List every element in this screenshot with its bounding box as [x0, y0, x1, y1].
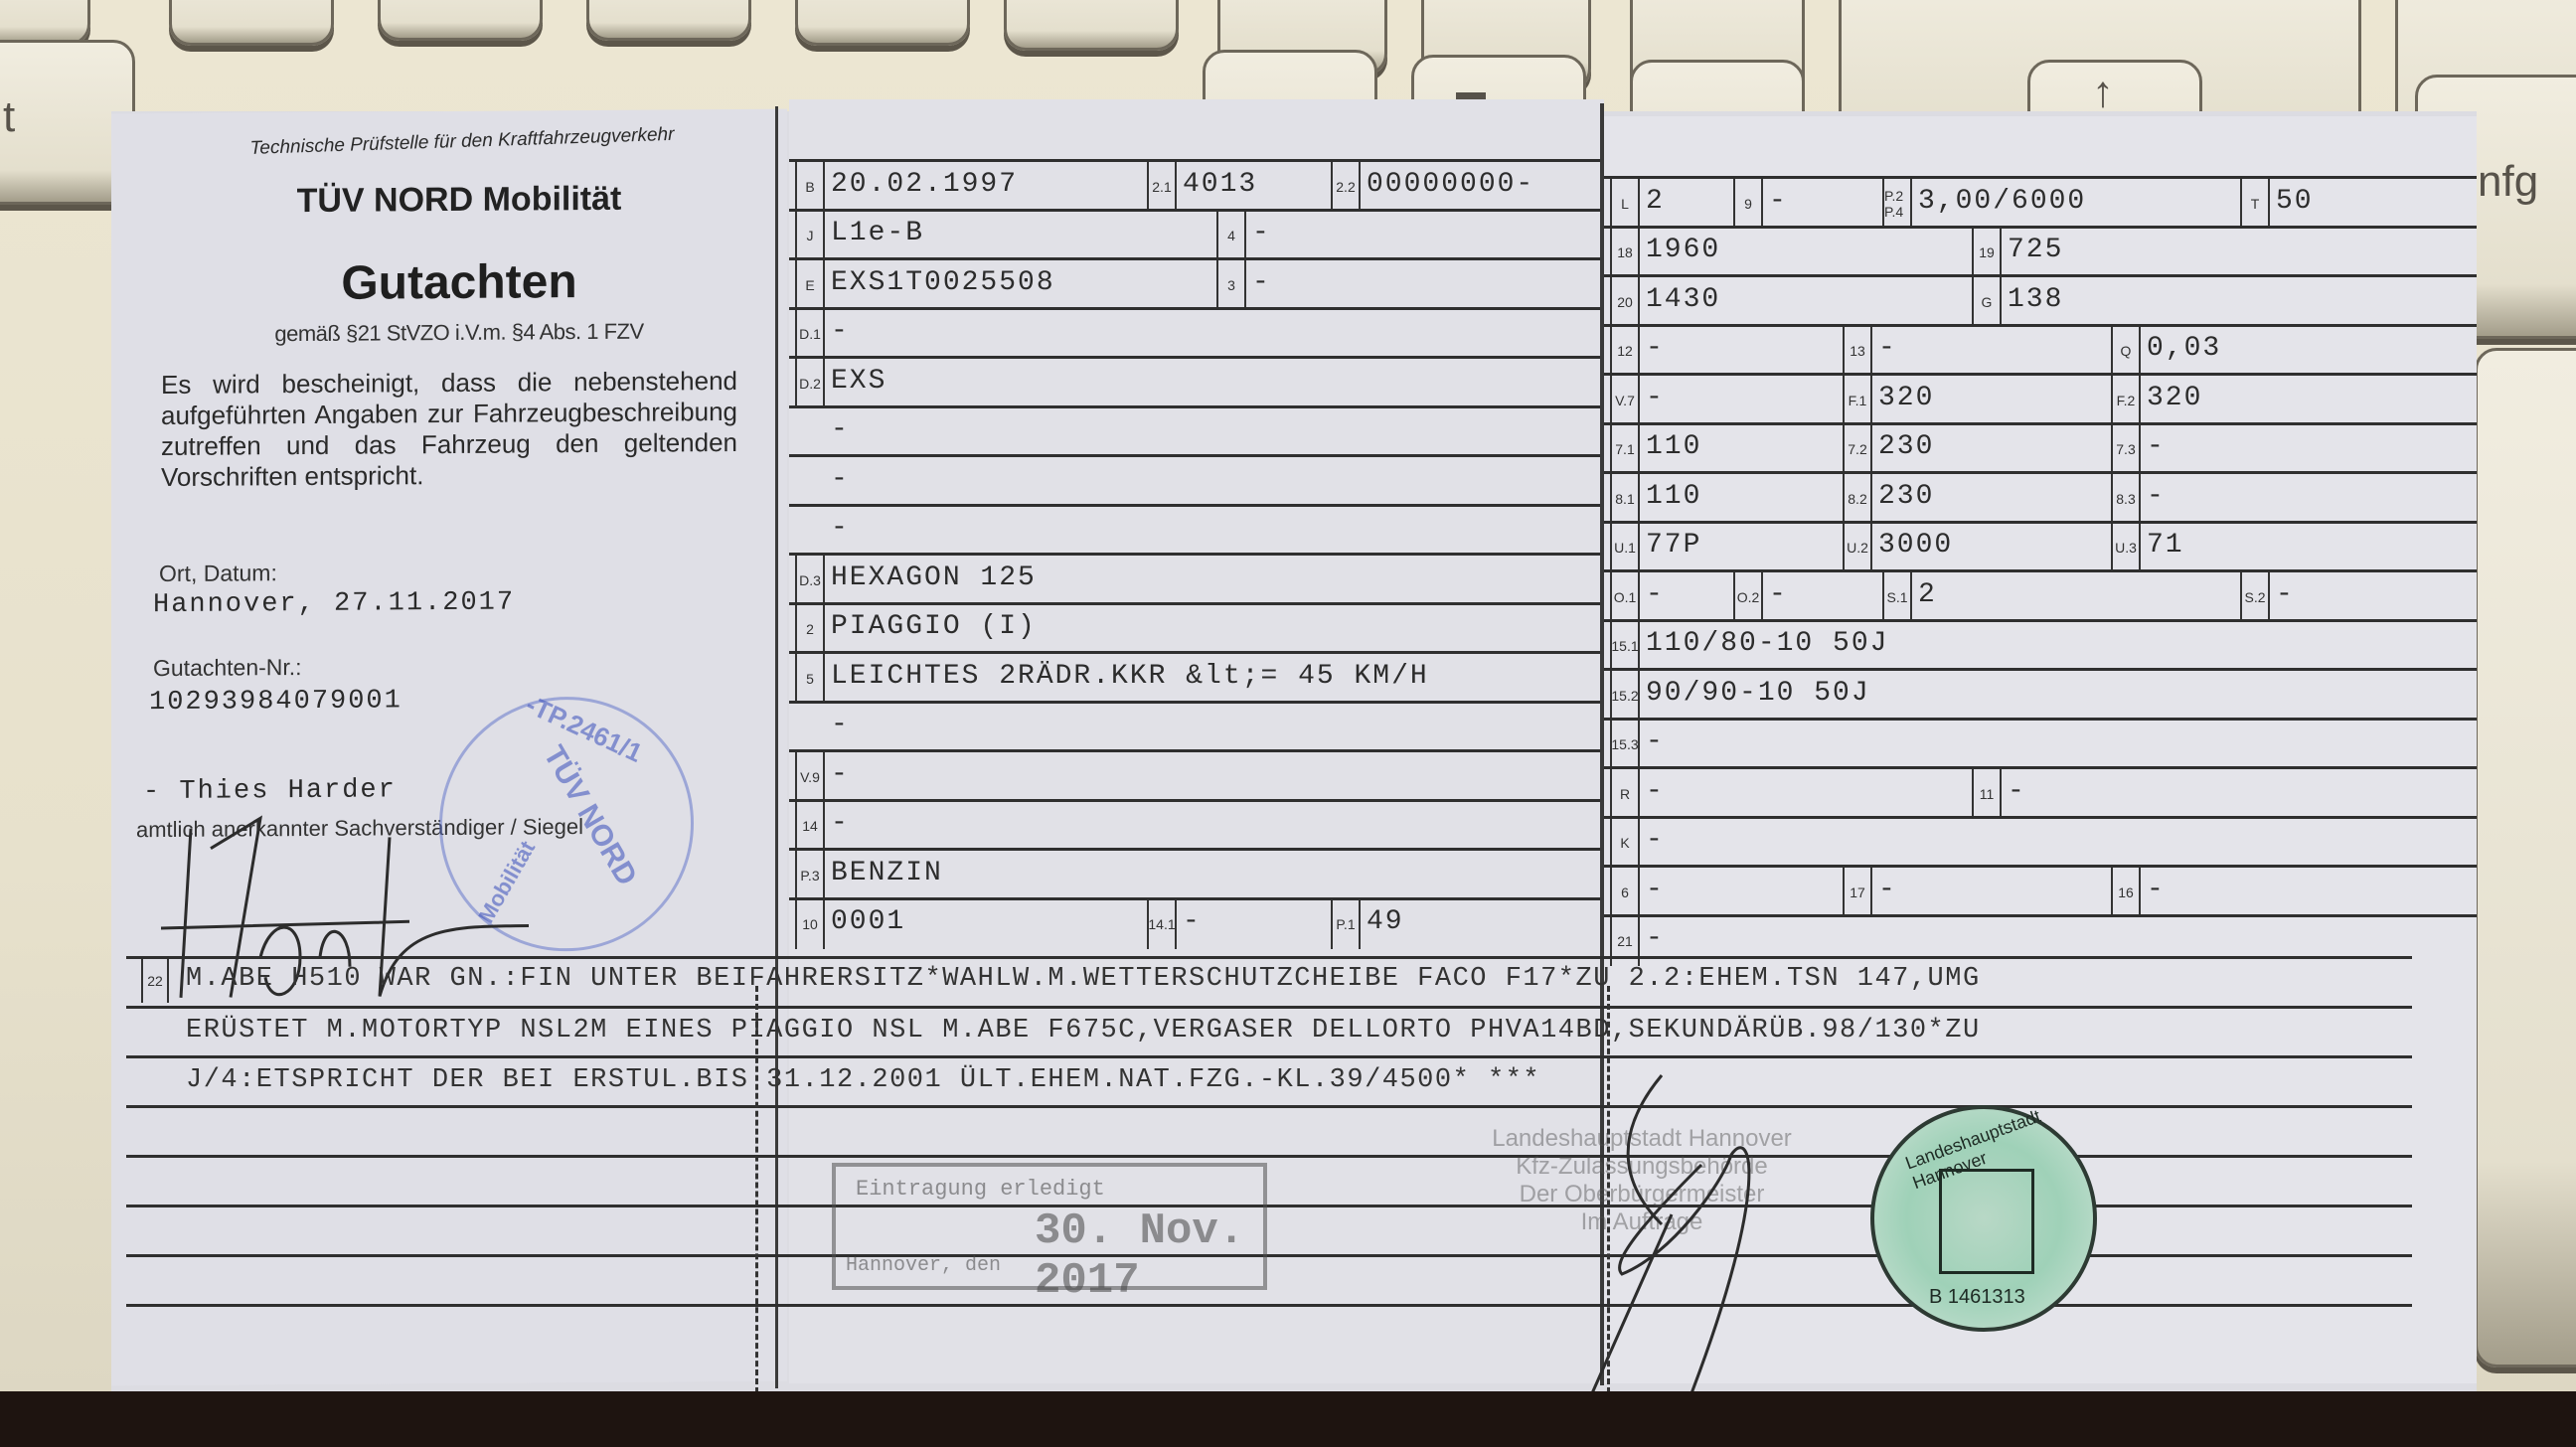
field-code: U.3	[2111, 524, 2141, 573]
keyboard-key	[795, 0, 970, 46]
form-row: D.1-	[789, 307, 1604, 360]
form-row: 15.290/90-10 50J	[1604, 668, 2477, 721]
field-code: 2.2	[1331, 162, 1361, 212]
field-code: 9	[1733, 179, 1763, 229]
form-row: P.3BENZIN	[789, 848, 1604, 900]
form-row: 14-	[789, 799, 1604, 852]
field-value: 320	[1878, 383, 1934, 413]
key-label: nfg	[2478, 157, 2538, 207]
report-number-label: Gutachten-Nr.:	[153, 654, 302, 682]
field-code: 2	[795, 605, 825, 655]
date-stamp-date: 30. Nov. 2017	[1035, 1206, 1263, 1306]
field-code: S.2	[2240, 572, 2270, 622]
form-row: U.177PU.23000U.371	[1604, 521, 2477, 573]
field-code: U.2	[1843, 524, 1872, 573]
field-value: 0001	[831, 906, 905, 937]
brand-name: TÜV NORD Mobilität	[181, 179, 737, 222]
field-code: U.1	[1610, 524, 1640, 573]
field-value: -	[2147, 875, 2166, 905]
field-value: HEXAGON 125	[831, 563, 1037, 593]
field-code: 10	[795, 900, 825, 950]
form-row: 5LEICHTES 2RÄDR.KKR &lt;= 45 KM/H	[789, 651, 1604, 704]
field-value: -	[1878, 333, 1897, 364]
field-value: -	[1646, 333, 1665, 364]
field-value: -	[831, 808, 850, 839]
field-code: T	[2240, 179, 2270, 229]
field-value: -	[831, 464, 850, 495]
field-value: -	[1646, 825, 1665, 856]
field-code: V.9	[795, 752, 825, 802]
report-number-value: 10293984079001	[149, 686, 402, 718]
field-code: G	[1972, 277, 2002, 327]
field-code: O.1	[1610, 572, 1640, 622]
form-row: JL1e-B4-	[789, 209, 1604, 261]
issuer-line: Technische Prüfstelle für den Kraftfahrz…	[204, 122, 721, 161]
form-row: R-11-	[1604, 766, 2477, 819]
city-coat-of-arms-icon	[1939, 1169, 2034, 1274]
city-seal-stamp: Landeshauptstadt Hannover B 1461313	[1870, 1105, 2097, 1332]
field-value: -	[2147, 481, 2166, 512]
field-value: 110/80-10 50J	[1646, 628, 1888, 659]
form-row: 2PIAGGIO (I)	[789, 602, 1604, 655]
form-row: B20.02.19972.140132.200000000-	[789, 159, 1604, 212]
form-row: D.3HEXAGON 125	[789, 553, 1604, 605]
remarks-code: 22	[141, 959, 169, 1003]
field-value: -	[1183, 906, 1202, 937]
field-code: 8.3	[2111, 474, 2141, 524]
field-code: O.2	[1733, 572, 1763, 622]
field-code: R	[1610, 769, 1640, 819]
field-value: 90/90-10 50J	[1646, 678, 1870, 709]
field-value: -	[1252, 218, 1271, 248]
field-value: 725	[2008, 235, 2063, 265]
field-value: 4013	[1183, 169, 1257, 200]
field-code: 7.1	[1610, 425, 1640, 475]
field-value: 1960	[1646, 235, 1720, 265]
form-row: -	[789, 701, 1604, 753]
field-code: 14.1	[1147, 900, 1177, 950]
field-code: 13	[1843, 327, 1872, 377]
arrow-up-icon: ↑	[2092, 68, 2114, 117]
form-row: -	[789, 504, 1604, 557]
field-value: 77P	[1646, 530, 1701, 561]
field-code: 17	[1843, 868, 1872, 917]
field-code: V.7	[1610, 376, 1640, 425]
field-code: 7.2	[1843, 425, 1872, 475]
field-code: D.1	[795, 310, 825, 360]
keyboard-key	[586, 0, 751, 41]
field-value: 0,03	[2147, 333, 2221, 364]
field-value: 230	[1878, 481, 1934, 512]
form-row: 7.11107.22307.3-	[1604, 422, 2477, 475]
city-seal-number: B 1461313	[1929, 1286, 2025, 1309]
field-value: -	[2276, 579, 2295, 610]
field-value: 230	[1878, 431, 1934, 462]
field-code: 18	[1610, 229, 1640, 278]
keyboard-key	[378, 0, 543, 41]
fold-line-dashed	[1607, 986, 1610, 1393]
keyboard-key	[169, 0, 334, 46]
field-value: -	[2147, 431, 2166, 462]
field-code: K	[1610, 819, 1640, 869]
form-row: 6-17-16-	[1604, 865, 2477, 917]
field-value: -	[1878, 875, 1897, 905]
field-value: -	[1769, 186, 1788, 217]
keyboard-key	[1004, 0, 1179, 51]
place-date-label: Ort, Datum:	[159, 560, 277, 587]
field-value: 110	[1646, 481, 1701, 512]
field-code: F.1	[1843, 376, 1872, 425]
field-value: EXS1T0025508	[831, 267, 1055, 298]
field-code: D.2	[795, 359, 825, 408]
form-row: 8.11108.22308.3-	[1604, 471, 2477, 524]
field-code: P.1	[1331, 900, 1361, 950]
field-value: 110	[1646, 431, 1701, 462]
field-code: 16	[2111, 868, 2141, 917]
field-value: 1430	[1646, 284, 1720, 315]
form-row: L29-P.2 P.43,00/6000T50	[1604, 176, 2477, 229]
date-stamp-line1: Eintragung erledigt	[856, 1177, 1105, 1202]
desk-surface	[0, 1391, 2576, 1447]
remarks-line-2: ERÜSTET M.MOTORTYP NSL2M EINES PIAGGIO N…	[186, 1016, 1981, 1045]
form-row: 201430G138	[1604, 274, 2477, 327]
form-row: -	[789, 405, 1604, 458]
inspector-name: - Thies Harder	[143, 775, 397, 807]
form-row: V.9-	[789, 749, 1604, 802]
field-value: 3,00/6000	[1918, 186, 2086, 217]
field-value: EXS	[831, 366, 886, 397]
field-value: 138	[2008, 284, 2063, 315]
official-signature	[1552, 1065, 1851, 1403]
field-value: -	[831, 414, 850, 445]
field-value: -	[1646, 726, 1665, 757]
field-code: P.3	[795, 851, 825, 900]
field-code: E	[795, 260, 825, 310]
form-row: O.1-O.2-S.12S.2-	[1604, 569, 2477, 622]
form-row: 12-13-Q0,03	[1604, 324, 2477, 377]
field-code: 2.1	[1147, 162, 1177, 212]
field-value: PIAGGIO (I)	[831, 611, 1037, 642]
registration-date-stamp: Eintragung erledigt 30. Nov. 2017 Hannov…	[832, 1163, 1267, 1290]
field-code: P.2 P.4	[1882, 179, 1912, 229]
field-code: L	[1610, 179, 1640, 229]
form-row: V.7-F.1320F.2320	[1604, 373, 2477, 425]
field-code: 19	[1972, 229, 2002, 278]
field-code: 11	[1972, 769, 2002, 819]
field-value: -	[1646, 383, 1665, 413]
field-value: -	[831, 759, 850, 790]
field-code: 3	[1216, 260, 1246, 310]
field-code: 5	[795, 654, 825, 704]
remarks-line-1: M.ABE H510 WAR GN.:FIN UNTER BEIFAHRERSI…	[186, 964, 1981, 994]
remarks-line-3: J/4:ETSPRICHT DER BEI ERSTUL.BIS 31.12.2…	[186, 1065, 1540, 1095]
field-code: 12	[1610, 327, 1640, 377]
field-value: 71	[2147, 530, 2184, 561]
field-value: 2	[1646, 186, 1665, 217]
form-row: 15.1110/80-10 50J	[1604, 619, 2477, 672]
field-code: 15.1	[1610, 622, 1640, 672]
field-value: BENZIN	[831, 858, 943, 888]
field-value: -	[831, 316, 850, 347]
key-label: t	[3, 92, 15, 142]
field-code: D.3	[795, 556, 825, 605]
form-row: D.2EXS	[789, 356, 1604, 408]
field-code: S.1	[1882, 572, 1912, 622]
field-value: -	[1646, 875, 1665, 905]
field-value: -	[831, 513, 850, 544]
field-code: Q	[2111, 327, 2141, 377]
field-value: -	[831, 710, 850, 740]
field-code: J	[795, 212, 825, 261]
field-value: -	[1646, 776, 1665, 807]
field-code: 14	[795, 802, 825, 852]
field-code: 8.2	[1843, 474, 1872, 524]
field-code: 4	[1216, 212, 1246, 261]
form-row: 15.3-	[1604, 718, 2477, 770]
fold-line-dashed	[755, 986, 758, 1393]
field-code: 15.2	[1610, 671, 1640, 721]
certification-text: Es wird bescheinigt, dass die nebenstehe…	[161, 366, 737, 493]
field-value: -	[1769, 579, 1788, 610]
date-stamp-place: Hannover, den	[846, 1254, 1001, 1277]
field-value: L1e-B	[831, 218, 924, 248]
field-value: 320	[2147, 383, 2202, 413]
field-value: 20.02.1997	[831, 169, 1018, 200]
field-value: LEICHTES 2RÄDR.KKR &lt;= 45 KM/H	[831, 661, 1429, 692]
field-value: 50	[2276, 186, 2314, 217]
field-code: 15.3	[1610, 721, 1640, 770]
place-date-value: Hannover, 27.11.2017	[153, 588, 515, 621]
field-value: -	[1646, 923, 1665, 954]
field-value: -	[1252, 267, 1271, 298]
legal-basis: gemäß §21 StVZO i.V.m. §4 Abs. 1 FZV	[181, 318, 737, 348]
field-value: 3000	[1878, 530, 1953, 561]
field-value: -	[2008, 776, 2026, 807]
field-code: 20	[1610, 277, 1640, 327]
field-code: F.2	[2111, 376, 2141, 425]
field-value: -	[1646, 579, 1665, 610]
form-row: K-	[1604, 816, 2477, 869]
field-code: 6	[1610, 868, 1640, 917]
field-value: 49	[1367, 906, 1404, 937]
field-code: B	[795, 162, 825, 212]
form-row: EEXS1T00255083-	[789, 257, 1604, 310]
form-row: -	[789, 454, 1604, 507]
vehicle-report-document: Technische Prüfstelle für den Kraftfahrz…	[111, 111, 2477, 1393]
document-title: Gutachten	[181, 253, 737, 312]
field-code: 8.1	[1610, 474, 1640, 524]
keyboard-key	[2475, 348, 2576, 1367]
form-row: 18196019725	[1604, 226, 2477, 278]
field-value: 00000000-	[1367, 169, 1534, 200]
field-value: 2	[1918, 579, 1937, 610]
field-code: 7.3	[2111, 425, 2141, 475]
form-row: 10000114.1-P.149	[789, 897, 1604, 950]
